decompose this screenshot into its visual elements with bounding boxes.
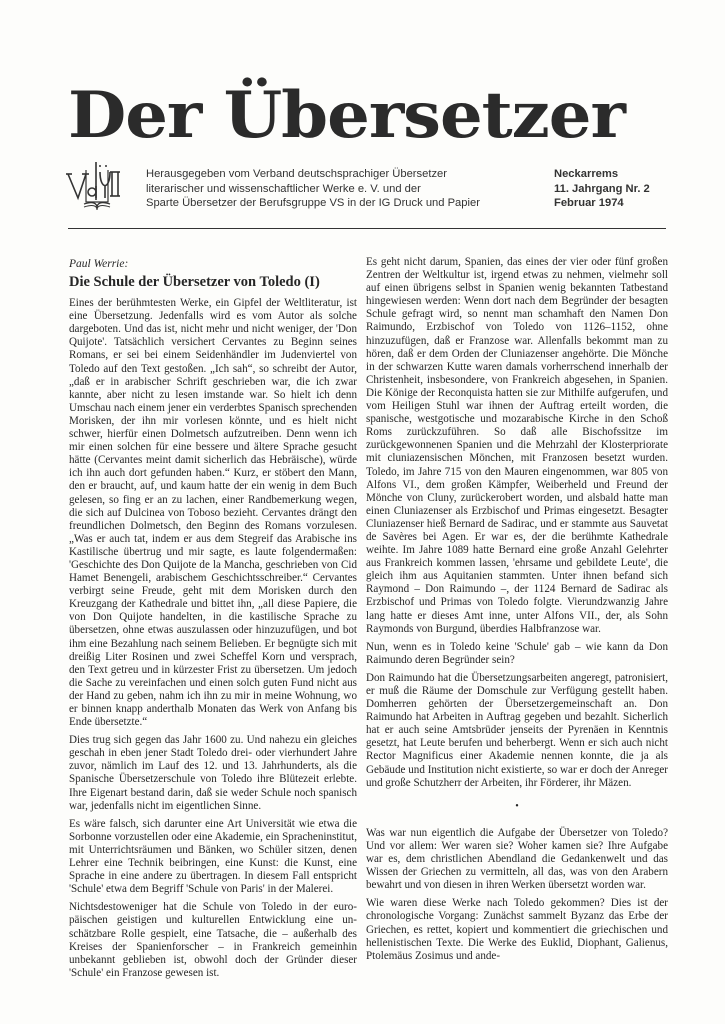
newspaper-title: Der Übersetzer: [68, 84, 625, 148]
article-column-left: Paul Werrie: Die Schule der Übersetzer v…: [69, 258, 357, 985]
header-divider: [68, 228, 666, 229]
vdue-logo-icon: [66, 160, 128, 210]
publisher-line: Sparte Übersetzer der Berufsgruppe VS in…: [146, 196, 480, 211]
issue-location: Neckarrems: [554, 167, 650, 182]
paragraph: Eines der berühmtesten Werke, ein Gipfel…: [69, 297, 357, 729]
publisher-info: Herausgegeben vom Verband deutschsprachi…: [146, 167, 480, 211]
paragraph: Es geht nicht darum, Spanien, das eines …: [366, 256, 668, 636]
paragraph: Nichtsdestoweniger hat die Schule von To…: [69, 901, 357, 980]
paragraph: Dies trug sich gegen das Jahr 1600 zu. U…: [69, 734, 357, 813]
paragraph: Wie waren diese Werke nach Toledo gekomm…: [366, 897, 668, 962]
issue-info: Neckarrems 11. Jahrgang Nr. 2 Februar 19…: [554, 167, 650, 211]
publisher-line: literarischer und wissenschaftlicher Wer…: [146, 182, 480, 197]
issue-volume: 11. Jahrgang Nr. 2: [554, 182, 650, 197]
issue-date: Februar 1974: [554, 196, 650, 211]
section-separator: •: [366, 800, 668, 813]
article-headline: Die Schule der Übersetzer von Toledo (I): [69, 274, 357, 291]
paragraph: Was war nun eigentlich die Aufgabe der Ü…: [366, 827, 668, 892]
paragraph: Es wäre falsch, sich darunter eine Art U…: [69, 818, 357, 897]
paragraph: Don Raimundo hat die Übersetzungsarbeite…: [366, 672, 668, 790]
paragraph: Nun, wenn es in Toledo keine 'Schule' ga…: [366, 641, 668, 667]
article-column-right: Es geht nicht darum, Spanien, das eines …: [366, 256, 668, 968]
publisher-line: Herausgegeben vom Verband deutschsprachi…: [146, 167, 480, 182]
article-author: Paul Werrie:: [69, 258, 357, 271]
